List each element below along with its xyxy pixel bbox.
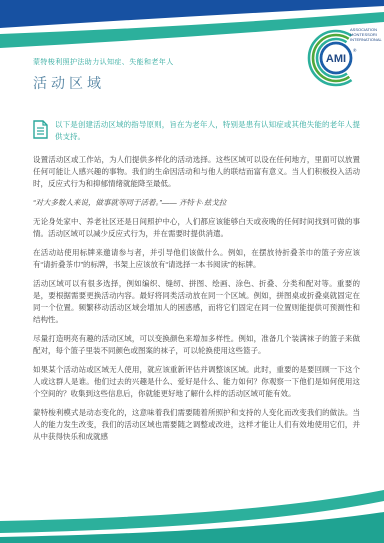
paragraph: 如果某个活动站或区域无人使用，就应该重新评估并调整该区域。此时，重要的是要回顾一…	[33, 364, 360, 400]
paragraph: 活动区域可以有很多选择，例如编织、缝纫、拼图、绘画、涂色、折叠、分类和配对等。重…	[33, 278, 360, 326]
callout-text: 以下是创建活动区域的指导原则，旨在为老年人，特别是患有认知症或其他失能的老年人提…	[55, 119, 360, 143]
quote: “对大多数人来说，做事就等同于活着。”—— 齐特卡·兹戈拉	[33, 197, 360, 209]
paragraph: 蒙特梭利模式是动态变化的，这意味着我们需要随着所照护和支持的人变化而改变我们的做…	[33, 407, 360, 443]
paragraph: 尽量打造明亮有趣的活动区域，可以变换颜色来增加多样性。例如，准备几个装满袜子的篮…	[33, 333, 360, 357]
footer-curve-band	[0, 483, 384, 543]
logo-org-line: INTERNATIONALE	[350, 37, 382, 42]
document-subtitle: 蒙特梭利照护法助力认知症、失能和老年人	[33, 57, 333, 67]
paragraph: 设置活动区或工作站，为人们提供多样化的活动选择。这些区域可以设在任何地方，里面可…	[33, 154, 360, 190]
body-text: 设置活动区或工作站，为人们提供多样化的活动选择。这些区域可以设在任何地方，里面可…	[33, 154, 360, 443]
content-area: 以下是创建活动区域的指导原则，旨在为老年人，特别是患有认知症或其他失能的老年人提…	[33, 119, 360, 450]
ami-logo: AMI ® ASSOCIATION MONTESSORI INTERNATION…	[306, 24, 382, 88]
paragraph: 无论身处家中、养老社区还是日间照护中心，人们都应该能够白天或夜晚的任何时间找到可…	[33, 216, 360, 240]
intro-callout: 以下是创建活动区域的指导原则，旨在为老年人，特别是患有认知症或其他失能的老年人提…	[33, 119, 360, 143]
logo-registered-mark: ®	[353, 47, 357, 53]
page-title: 活动区域	[33, 73, 105, 93]
paragraph: 在活动站使用标牌来邀请参与者，并引导他们该做什么。例如，在摆放待折叠茶巾的篮子旁…	[33, 247, 360, 271]
document-page: AMI ® ASSOCIATION MONTESSORI INTERNATION…	[0, 0, 384, 543]
document-icon	[33, 120, 48, 139]
